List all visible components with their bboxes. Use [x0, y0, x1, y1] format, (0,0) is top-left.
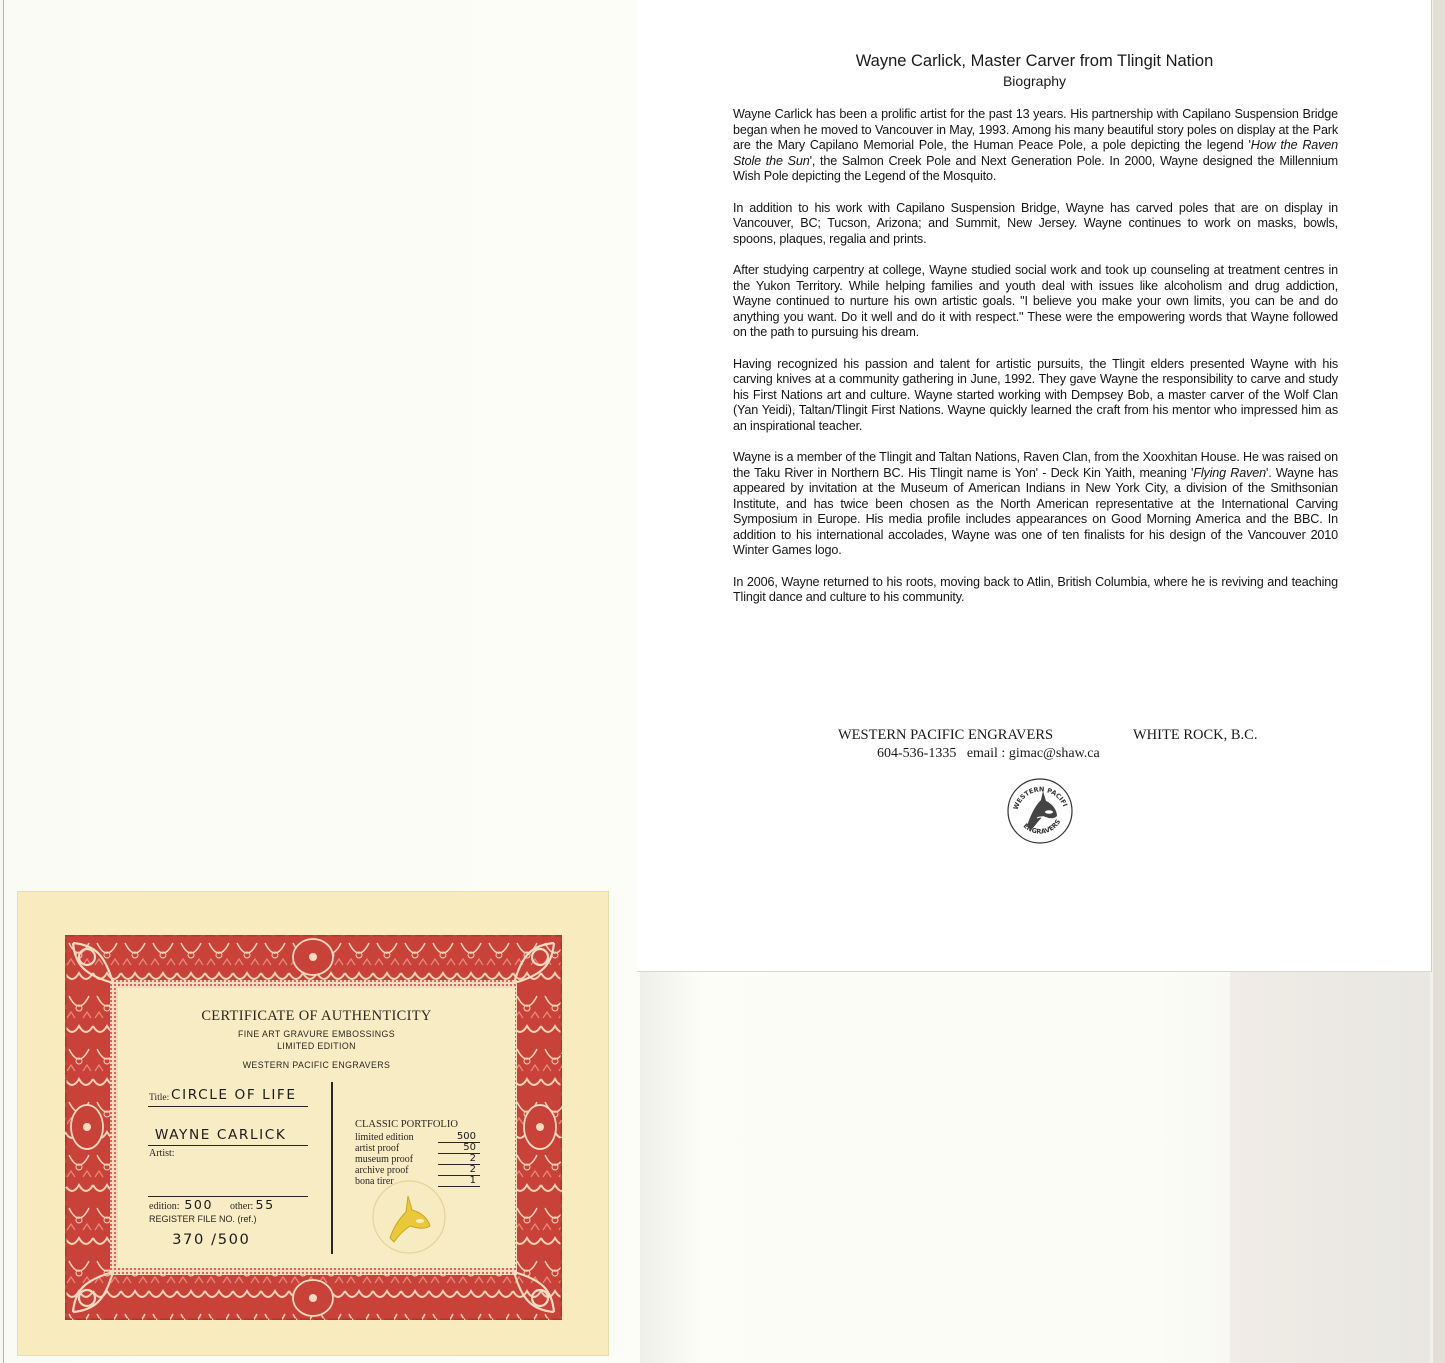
- orca-seal-logo-icon: WESTERN PACIFIC ENGRAVERS: [1005, 776, 1075, 846]
- edition-rule: [148, 1196, 308, 1197]
- plastic-glare: [1230, 972, 1430, 1363]
- bio-paragraph: After studying carpentry at college, Way…: [733, 263, 1338, 341]
- artist-rule: [148, 1145, 308, 1146]
- artwork-title: CIRCLE OF LIFE: [171, 1088, 297, 1103]
- bio-paragraph: In addition to his work with Capilano Su…: [733, 201, 1338, 248]
- other-value: 55: [256, 1198, 275, 1212]
- certificate-publisher: WESTERN PACIFIC ENGRAVERS: [118, 1060, 515, 1070]
- portfolio-row-label: archive proof: [355, 1165, 409, 1176]
- certificate-subtitle: FINE ART GRAVURE EMBOSSINGS: [118, 1029, 515, 1039]
- bio-italic-title: Flying Raven: [1193, 466, 1266, 480]
- bio-italic-title: How the Raven Stole the Sun: [733, 138, 1338, 168]
- bio-paragraph: Wayne Carlick has been a prolific artist…: [733, 107, 1338, 185]
- bio-body: Wayne Carlick has been a prolific artist…: [733, 107, 1338, 622]
- certificate-edition-type: LIMITED EDITION: [118, 1041, 515, 1051]
- contact-details-line: 604-536-1335 email : gimac@shaw.ca: [877, 746, 1100, 762]
- edition-value: 500: [184, 1198, 213, 1212]
- email-label: email :: [967, 746, 1006, 761]
- company-name: WESTERN PACIFIC ENGRAVERS: [838, 727, 1053, 743]
- edition-label: edition:: [149, 1201, 180, 1212]
- bio-paragraph: In 2006, Wayne returned to his roots, mo…: [733, 575, 1338, 606]
- bio-title: Wayne Carlick, Master Carver from Tlingi…: [637, 52, 1432, 71]
- column-divider: [331, 1082, 333, 1254]
- bio-paragraph: Having recognized his passion and talent…: [733, 357, 1338, 435]
- email-address: gimac@shaw.ca: [1009, 746, 1100, 761]
- biography-sheet: Wayne Carlick, Master Carver from Tlingi…: [637, 0, 1432, 972]
- contact-company-line: WESTERN PACIFIC ENGRAVERS WHITE ROCK, B.…: [838, 727, 1053, 744]
- certificate-title: CERTIFICATE OF AUTHENTICITY: [118, 1008, 515, 1025]
- gold-orca-emboss-icon: [370, 1178, 448, 1256]
- other-label: other:: [230, 1201, 253, 1212]
- register-number: 370 /500: [172, 1232, 250, 1248]
- title-rule: [148, 1106, 308, 1107]
- portfolio-row-label: artist proof: [355, 1143, 399, 1154]
- company-location: WHITE ROCK, B.C.: [1133, 727, 1257, 744]
- artist-label: Artist:: [149, 1148, 175, 1159]
- certificate-panel: CERTIFICATE OF AUTHENTICITY FINE ART GRA…: [118, 988, 515, 1268]
- bio-subtitle: Biography: [637, 73, 1432, 89]
- plastic-glare: [640, 972, 700, 1363]
- portfolio-row-label: limited edition: [355, 1132, 414, 1143]
- title-label: Title:: [149, 1093, 169, 1103]
- portfolio-title: CLASSIC PORTFOLIO: [355, 1119, 458, 1130]
- board-edge: [1433, 0, 1445, 1363]
- artist-name: WAYNE CARLICK: [155, 1128, 286, 1143]
- portfolio-row-label: museum proof: [355, 1154, 413, 1165]
- register-label: REGISTER FILE NO. (ref.): [149, 1214, 257, 1224]
- phone-number: 604-536-1335: [877, 746, 956, 761]
- bio-paragraph: Wayne is a member of the Tlingit and Tal…: [733, 450, 1338, 559]
